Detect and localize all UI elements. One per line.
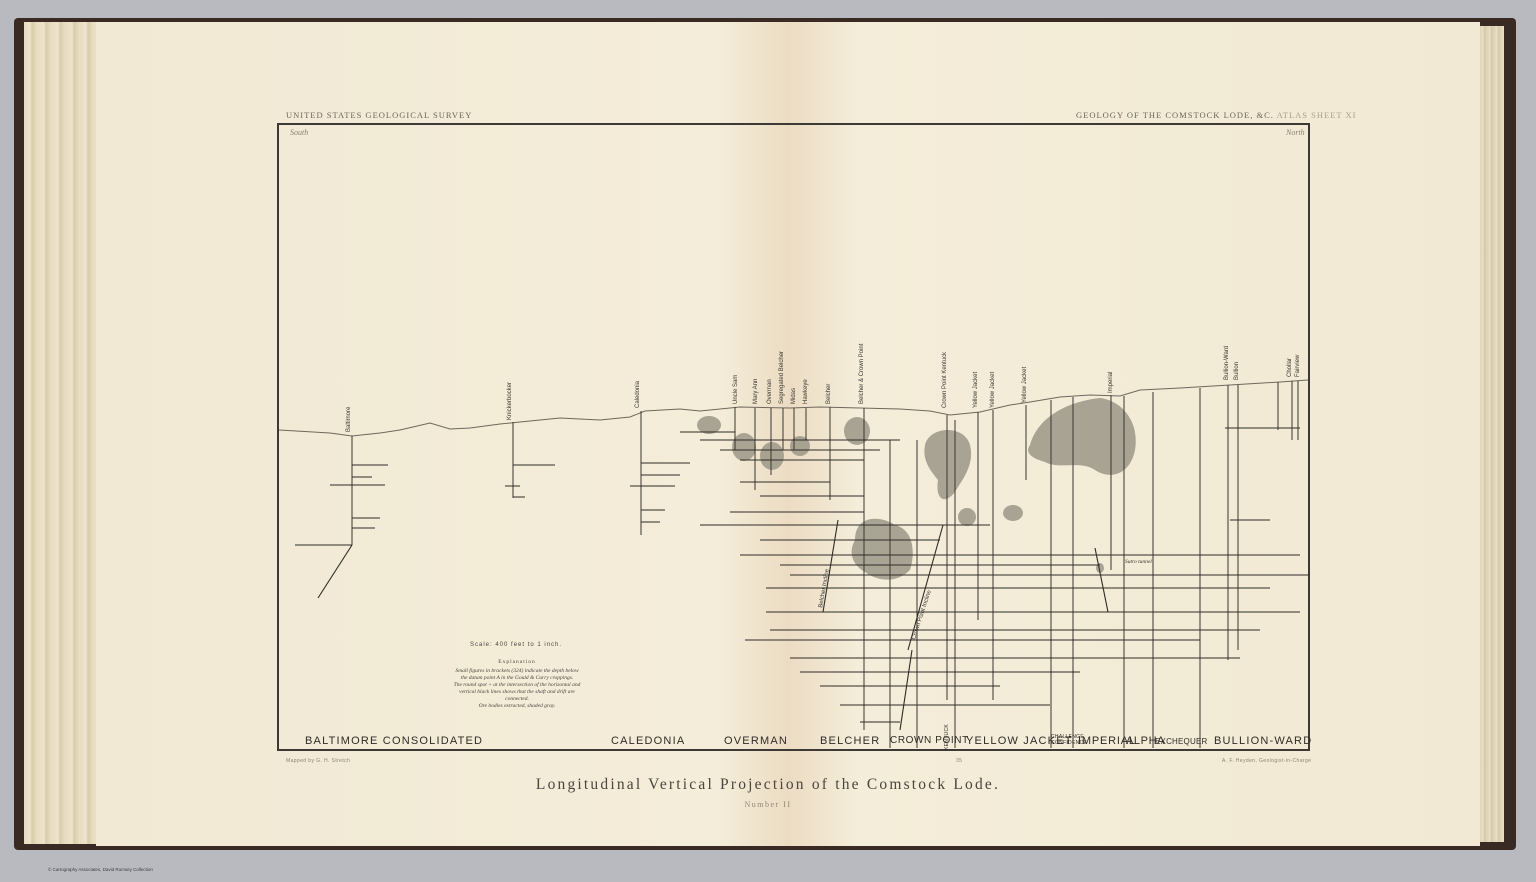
mine-label-baltimore: BALTIMORE CONSOLIDATED xyxy=(305,735,483,747)
shaft-labels: Baltimore Knickerbocker Caledonia Uncle … xyxy=(346,343,1301,432)
footer-mapped-by: Mapped by G. H. Stretch xyxy=(286,758,350,764)
shaft-label: Overman xyxy=(767,379,773,404)
mine-label-bullion-ward: BULLION-WARD xyxy=(1214,735,1312,747)
shaft-label: Fairview xyxy=(1295,354,1301,377)
explanation-line: Ore bodies extracted, shaded gray. xyxy=(452,703,582,710)
shaft-label: Yellow Jacket xyxy=(990,372,996,408)
explanation-legend: Explanation Small figures in brackets (3… xyxy=(452,659,582,710)
shaft-label: Bullion-Ward xyxy=(1224,346,1230,380)
explanation-line: The round spot + at the intersection of … xyxy=(452,682,582,703)
projection-diagram: Belcher Incline Crown Point Incline Sutr… xyxy=(0,0,1536,882)
ore-bodies xyxy=(697,398,1136,580)
shaft-label: Uncle Sam xyxy=(733,375,739,404)
scale-note: Scale: 400 feet to 1 inch. xyxy=(470,642,562,648)
shaft-label: Crown Point Kentuck xyxy=(942,351,948,408)
mine-label-exchequer: EXCHEQUER xyxy=(1155,737,1207,746)
shaft-label: Hawkeye xyxy=(803,379,809,404)
collection-credit: © Cartography Associates, David Rumsey C… xyxy=(48,867,153,872)
shaft-label: Yellow Jacket xyxy=(1022,367,1028,403)
incline-lines xyxy=(318,520,1108,730)
shaft-label: Segregated Belcher xyxy=(779,351,785,404)
shaft-label: Knickerbocker xyxy=(507,382,513,420)
shaft-label: Belcher xyxy=(826,384,832,404)
crown-point-incline-label: Crown Point Incline xyxy=(911,589,933,641)
sheet-title: Longitudinal Vertical Projection of the … xyxy=(0,776,1536,794)
footer-page-number: 35 xyxy=(956,758,962,764)
shaft-label: Chollar xyxy=(1287,358,1293,377)
footer-geologist: A. F. Heyden, Geologist-in-Charge xyxy=(1222,758,1311,764)
sutro-tunnel-label: Sutro tunnel xyxy=(1125,559,1152,565)
shaft-label: Baltimore xyxy=(346,406,352,432)
mine-label-kentuck: KENTUCK xyxy=(944,724,954,750)
drift-lines xyxy=(295,428,1310,722)
explanation-line: Small figures in brackets (324) indicate… xyxy=(452,668,582,682)
mine-label-caledonia: CALEDONIA xyxy=(611,735,685,747)
shaft-label: Imperial xyxy=(1108,372,1114,393)
sheet-subtitle: Number II xyxy=(0,800,1536,809)
mine-label-overman: OVERMAN xyxy=(724,735,788,747)
shaft-label: Midas xyxy=(791,388,797,404)
shaft-label: Yellow Jacket xyxy=(973,372,979,408)
shaft-label: Caledonia xyxy=(635,380,641,408)
shaft-label: Bullion xyxy=(1234,362,1240,380)
shaft-label: Mary Ann xyxy=(753,379,759,404)
shaft-label: Belcher & Crown Point xyxy=(859,343,865,404)
mine-label-crown-point: CROWN POINT xyxy=(890,735,969,746)
mine-label-belcher: BELCHER xyxy=(820,735,880,747)
mine-label-challenge-confidence: CHALLENGE CONFIDENCE xyxy=(1051,734,1077,746)
explanation-title: Explanation xyxy=(452,659,582,666)
